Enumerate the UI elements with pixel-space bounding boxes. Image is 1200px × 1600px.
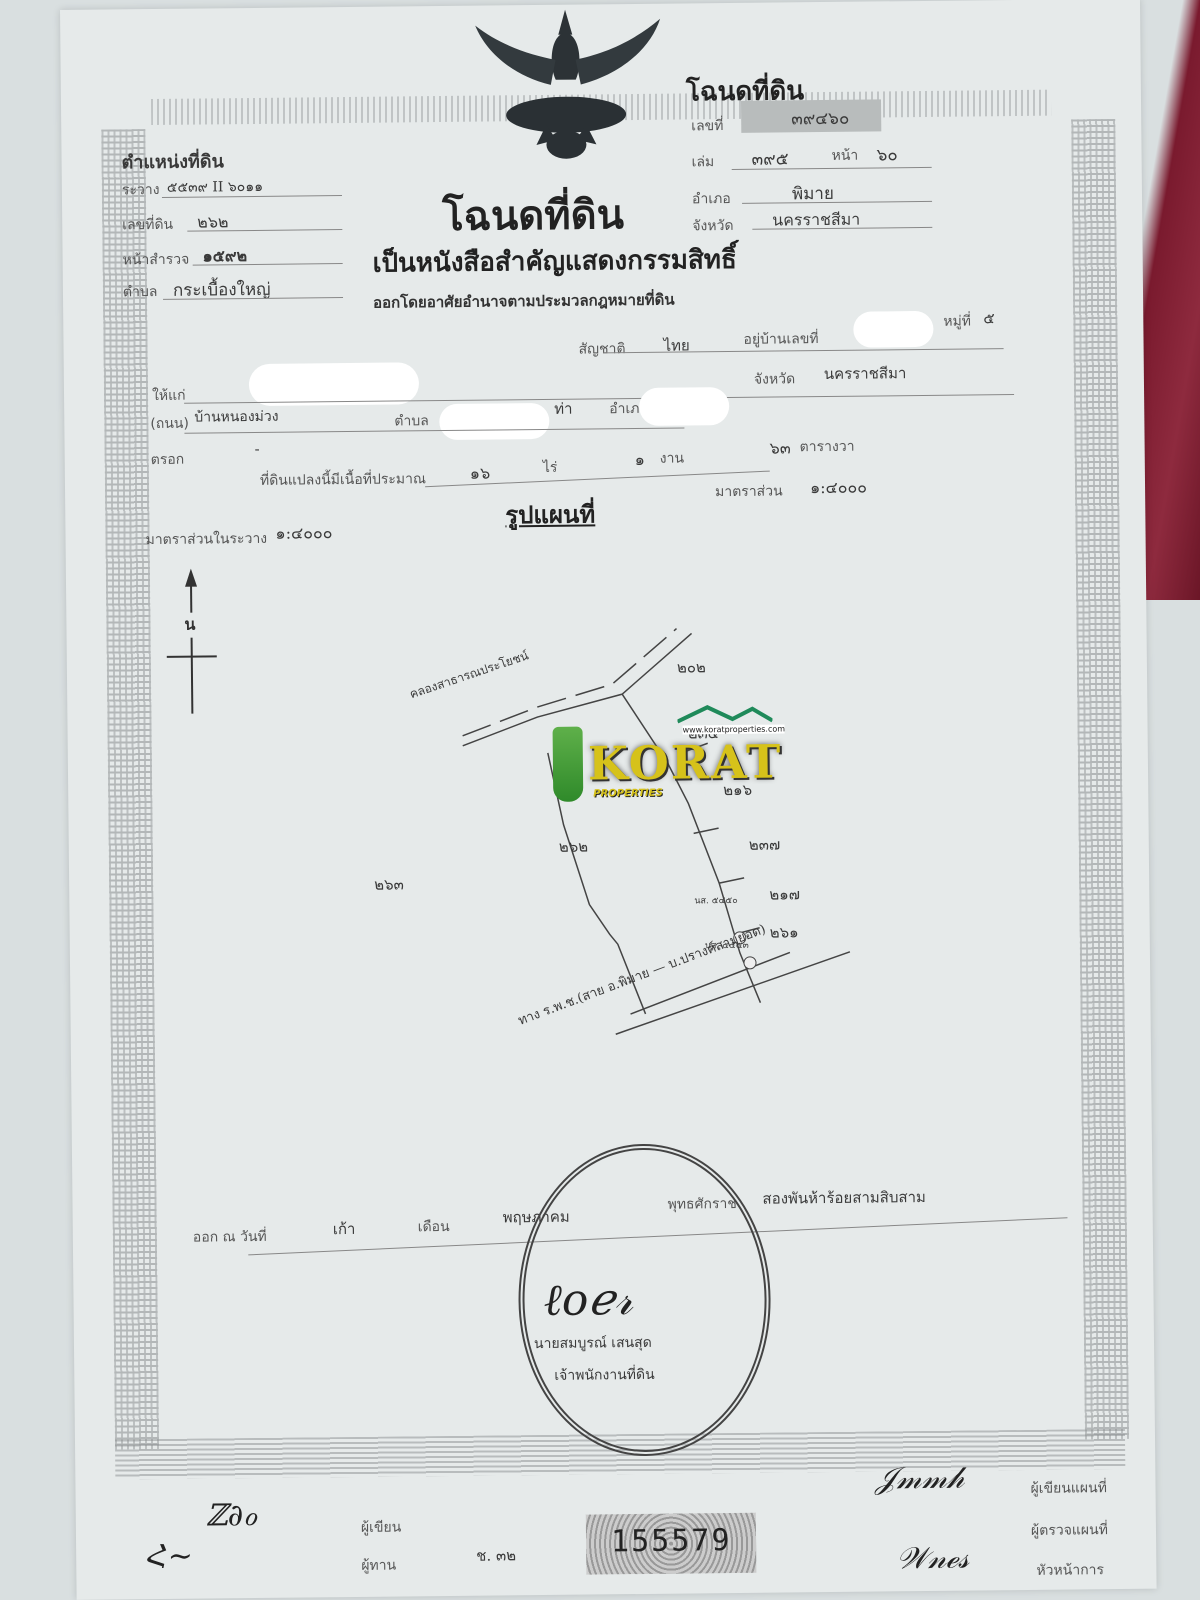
map-checker-label: ผู้ตรวจแผนที่ xyxy=(1031,1519,1108,1542)
title-deed-document: ตำแหน่งที่ดิน ระวาง ๕๕๓๙ II ๖๐๑๑ เลขที่ด… xyxy=(60,0,1157,1600)
signature: Հ~ xyxy=(146,1539,193,1574)
neighbor-parcel: ๒๖๑ xyxy=(770,920,799,944)
korat-properties-watermark: www.koratproperties.com KORAT PROPERTIES xyxy=(552,714,783,806)
neighbor-parcel: ๒๐๒ xyxy=(677,655,706,679)
signature: ℓ𝑜ℯ𝓇 xyxy=(543,1274,633,1326)
issued-date-label: ออก ณ วันที่ xyxy=(193,1226,267,1249)
office-head-label: หัวหน้าการ xyxy=(1036,1559,1104,1582)
year-value: สองพันห้าร้อยสามสิบสาม xyxy=(762,1185,926,1211)
statue-icon xyxy=(553,727,584,802)
checker-label: ผู้ทาน xyxy=(361,1555,396,1577)
signer-title: เจ้าพนักงานที่ดิน xyxy=(554,1364,655,1387)
month-label: เดือน xyxy=(418,1216,450,1238)
map-writer-label: ผู้เขียนแผนที่ xyxy=(1030,1477,1107,1500)
survey-mark: นส. ๕๔๕๓ xyxy=(705,938,749,952)
form-code: ช. ๓๒ xyxy=(476,1543,516,1567)
writer-label: ผู้เขียน xyxy=(361,1517,402,1539)
house-roof-icon xyxy=(677,703,772,724)
parcel-center-number: ๒๖๒ xyxy=(559,835,589,859)
parcel-map xyxy=(60,0,1151,1110)
signer-name: นายสมบูรณ์ เสนสุด xyxy=(534,1332,652,1355)
issued-day-value: เก้า xyxy=(333,1217,356,1241)
signature: 𝒥𝓂𝓂𝒽 xyxy=(875,1461,964,1497)
signature: 𝒲𝓃ℯ𝓈 xyxy=(896,1541,969,1577)
neighbor-parcel: ๒๖๓ xyxy=(374,872,404,896)
neighbor-parcel: ๒๓๗ xyxy=(749,833,781,857)
survey-mark: นส. ๕๔๕๐ xyxy=(694,893,737,907)
serial-number: 155579 xyxy=(611,1523,732,1559)
signature: ℤ∂ℴ xyxy=(206,1498,258,1534)
neighbor-parcel: ๒๑๗ xyxy=(769,882,800,906)
